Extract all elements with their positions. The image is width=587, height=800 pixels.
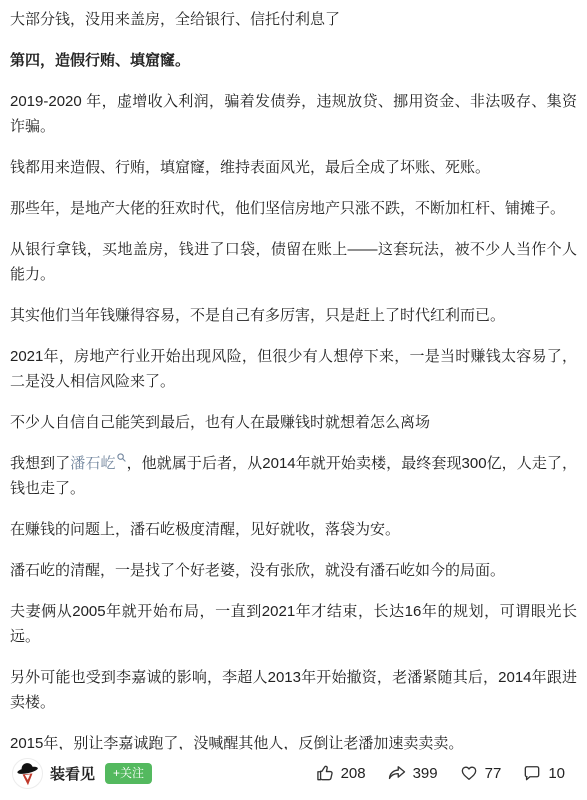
like-button[interactable]: 208 <box>315 763 366 783</box>
like-count: 208 <box>341 765 366 782</box>
paragraph-text: 钱都用来造假、行贿，填窟窿，维持表面风光，最后全成了坏账、死账。 <box>10 159 490 176</box>
heart-icon <box>459 763 479 783</box>
paragraph: 我想到了潘石屹，他就属于后者，从2014年就开始卖楼，最终套现300亿，人走了，… <box>10 451 577 501</box>
paragraph: 夫妻俩从2005年就开始布局，一直到2021年才结束，长达16年的规划，可谓眼光… <box>10 599 577 649</box>
heart-count: 77 <box>485 765 502 782</box>
section-heading: 第四，造假行贿、填窟窿。 <box>10 48 577 73</box>
footer-bar: 装看见 +关注 208 399 <box>0 750 587 800</box>
paragraph: 2019-2020 年，虚增收入利润，骗着发债券，违规放贷、挪用资金、非法吸存、… <box>10 89 577 139</box>
share-button[interactable]: 399 <box>387 763 438 783</box>
paragraph: 另外可能也受到李嘉诚的影响，李超人2013年开始撤资，老潘紧随其后，2014年跟… <box>10 665 577 715</box>
comment-button[interactable]: 10 <box>522 763 565 783</box>
article: 大部分钱，没用来盖房，全给银行、信托付利息了第四，造假行贿、填窟窿。2019-2… <box>0 0 587 756</box>
paragraph: 在赚钱的问题上，潘石屹极度清醒，见好就收，落袋为安。 <box>10 517 577 542</box>
paragraph-text: 那些年，是地产大佬的狂欢时代，他们坚信房地产只涨不跌，不断加杠杆、铺摊子。 <box>10 200 565 217</box>
paragraph: 那些年，是地产大佬的狂欢时代，他们坚信房地产只涨不跌，不断加杠杆、铺摊子。 <box>10 196 577 221</box>
paragraph-text: 不少人自信自己能笑到最后，也有人在最赚钱时就想着怎么离场 <box>10 414 430 431</box>
search-icon[interactable] <box>117 453 126 462</box>
paragraph: 钱都用来造假、行贿，填窟窿，维持表面风光，最后全成了坏账、死账。 <box>10 155 577 180</box>
paragraph-text: 夫妻俩从2005年就开始布局，一直到2021年才结束，长达16年的规划，可谓眼光… <box>10 603 577 645</box>
paragraph-text: 第四，造假行贿、填窟窿。 <box>10 52 190 69</box>
avatar[interactable] <box>12 758 43 789</box>
paragraph-text: 2019-2020 年，虚增收入利润，骗着发债券，违规放贷、挪用资金、非法吸存、… <box>10 93 577 135</box>
paragraph: 不少人自信自己能笑到最后，也有人在最赚钱时就想着怎么离场 <box>10 410 577 435</box>
paragraph-text: 其实他们当年钱赚得容易，不是自己有多厉害，只是赶上了时代红利而已。 <box>10 307 505 324</box>
paragraph-text: 在赚钱的问题上，潘石屹极度清醒，见好就收，落袋为安。 <box>10 521 400 538</box>
paragraph-text: 2021年，房地产行业开始出现风险，但很少有人想停下来，一是当时赚钱太容易了，二… <box>10 348 577 390</box>
paragraph-text: 从银行拿钱，买地盖房，钱进了口袋，债留在账上——这套玩法，被不少人当作个人能力。 <box>10 241 577 283</box>
paragraph: 从银行拿钱，买地盖房，钱进了口袋，债留在账上——这套玩法，被不少人当作个人能力。 <box>10 237 577 287</box>
paragraph: 2021年，房地产行业开始出现风险，但很少有人想停下来，一是当时赚钱太容易了，二… <box>10 344 577 394</box>
paragraph-text: 潘石屹的清醒，一是找了个好老婆，没有张欣，就没有潘石屹如今的局面。 <box>10 562 505 579</box>
paragraph-text: 我想到了 <box>10 455 70 472</box>
share-arrow-icon <box>387 763 407 783</box>
author-name[interactable]: 装看见 <box>50 763 95 784</box>
paragraph: 潘石屹的清醒，一是找了个好老婆，没有张欣，就没有潘石屹如今的局面。 <box>10 558 577 583</box>
engagement-stats: 208 399 77 10 <box>315 763 565 783</box>
paragraph-text: 大部分钱，没用来盖房，全给银行、信托付利息了 <box>10 11 340 28</box>
author-block: 装看见 +关注 <box>12 758 152 789</box>
heart-button[interactable]: 77 <box>459 763 502 783</box>
follow-button[interactable]: +关注 <box>105 763 152 784</box>
thumbs-up-icon <box>315 763 335 783</box>
paragraph: 其实他们当年钱赚得容易，不是自己有多厉害，只是赶上了时代红利而已。 <box>10 303 577 328</box>
entity-link[interactable]: 潘石屹 <box>70 455 115 472</box>
avatar-image <box>13 758 42 789</box>
comment-count: 10 <box>548 765 565 782</box>
paragraph: 大部分钱，没用来盖房，全给银行、信托付利息了 <box>10 7 577 32</box>
paragraph-text: 另外可能也受到李嘉诚的影响，李超人2013年开始撤资，老潘紧随其后，2014年跟… <box>10 669 577 711</box>
share-count: 399 <box>413 765 438 782</box>
comment-bubble-icon <box>522 763 542 783</box>
